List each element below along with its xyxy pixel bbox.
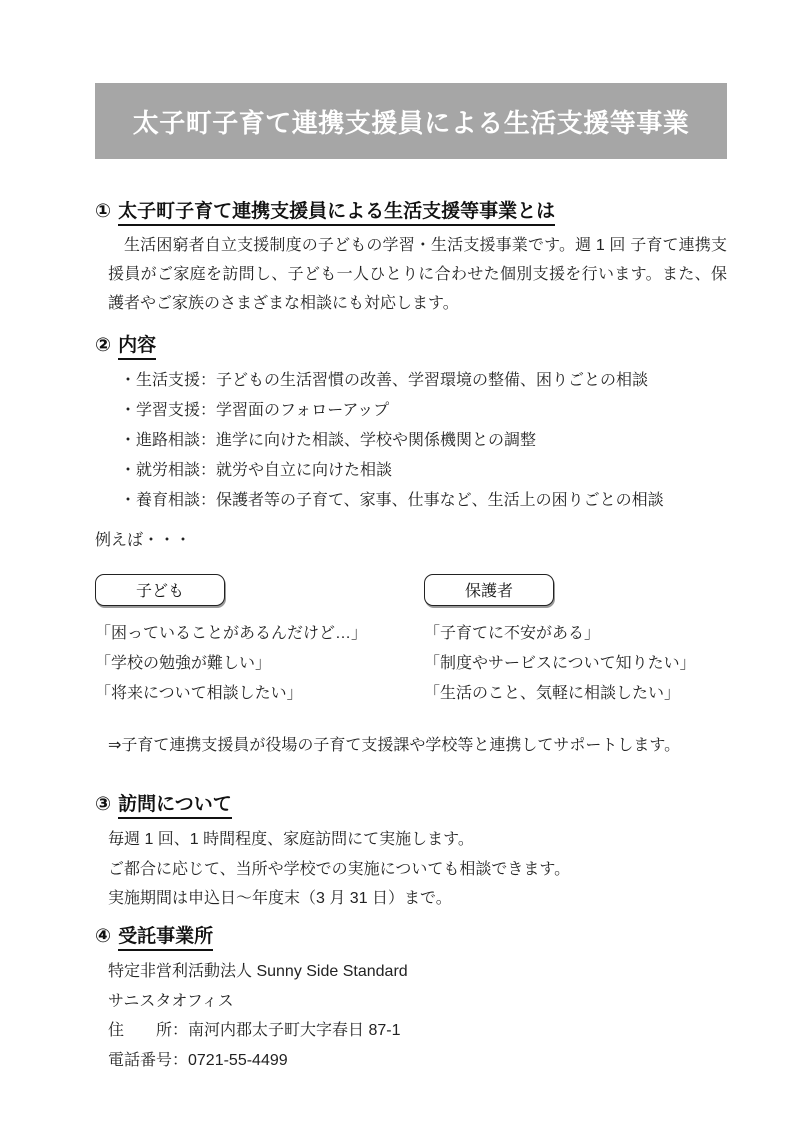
quote-line: 「困っていることがあるんだけど…」 [95,619,424,649]
section-3-title: 訪問について [118,794,232,819]
child-label-box: 子ども [95,574,225,606]
content-item-list: ・生活支援：子どもの生活習慣の改善、学習環境の整備、困りごとの相談 ・学習支援：… [95,366,727,516]
child-column: 子ども 「困っていることがあるんだけど…」 「学校の勉強が難しい」 「将来につい… [95,574,424,709]
example-columns: 子ども 「困っていることがあるんだけど…」 「学校の勉強が難しい」 「将来につい… [95,574,727,709]
example-conclusion: ⇒子育て連携支援員が役場の子育て支援課や学校等と連携してサポートします。 [95,732,727,755]
parent-label-box: 保護者 [424,574,554,606]
document-page: 太子町子育て連携支援員による生活支援等事業 ①太子町子育て連携支援員による生活支… [0,0,794,1123]
list-item: ・生活支援：子どもの生活習慣の改善、学習環境の整備、困りごとの相談 [120,366,727,396]
phone-line: 電話番号：0721-55-4499 [108,1046,727,1076]
list-item: ・養育相談：保護者等の子育て、家事、仕事など、生活上の困りごとの相談 [120,486,727,516]
child-label: 子ども [136,583,184,600]
section-4: ④受託事業所 特定非営利活動法人 Sunny Side Standard サニス… [95,921,727,1075]
quote-line: 「将来について相談したい」 [95,679,424,709]
section-1-title: 太子町子育て連携支援員による生活支援等事業とは [118,201,555,226]
section-2: ②内容 ・生活支援：子どもの生活習慣の改善、学習環境の整備、困りごとの相談 ・学… [95,330,727,516]
body-line: 実施期間は申込日～年度末（3 月 31 日）まで。 [108,884,727,914]
section-2-number: ② [95,335,111,356]
section-4-body: 特定非営利活動法人 Sunny Side Standard サニスタオフィス 住… [95,957,727,1075]
section-2-title: 内容 [118,335,156,360]
body-line: ご都合に応じて、当所や学校での実施についても相談できます。 [108,855,727,885]
child-quotes: 「困っていることがあるんだけど…」 「学校の勉強が難しい」 「将来について相談し… [95,619,424,709]
section-3-body: 毎週 1 回、1 時間程度、家庭訪問にて実施します。 ご都合に応じて、当所や学校… [95,825,727,914]
quote-line: 「生活のこと、気軽に相談したい」 [424,679,727,709]
section-1-number: ① [95,201,111,222]
address-line: 住 所：南河内郡太子町大字春日 87-1 [108,1016,727,1046]
parent-label: 保護者 [465,583,513,600]
parent-column: 保護者 「子育てに不安がある」 「制度やサービスについて知りたい」 「生活のこと… [424,574,727,709]
section-3-heading: ③訪問について [95,789,727,816]
list-item: ・進路相談：進学に向けた相談、学校や関係機関との調整 [120,426,727,456]
parent-quotes: 「子育てに不安がある」 「制度やサービスについて知りたい」 「生活のこと、気軽に… [424,619,727,709]
section-4-heading: ④受託事業所 [95,921,727,948]
document-title: 太子町子育て連携支援員による生活支援等事業 [133,103,690,140]
section-1-heading: ①太子町子育て連携支援員による生活支援等事業とは [95,196,727,223]
title-banner: 太子町子育て連携支援員による生活支援等事業 [95,83,727,159]
list-item: ・学習支援：学習面のフォローアップ [120,396,727,426]
quote-line: 「子育てに不安がある」 [424,619,727,649]
section-4-number: ④ [95,926,111,947]
section-1-body: 生活困窮者自立支援制度の子どもの学習・生活支援事業です。週 1 回 子育て連携支… [95,231,727,318]
quote-line: 「学校の勉強が難しい」 [95,649,424,679]
body-line: 毎週 1 回、1 時間程度、家庭訪問にて実施します。 [108,825,727,855]
office-name: サニスタオフィス [108,987,727,1017]
section-3: ③訪問について 毎週 1 回、1 時間程度、家庭訪問にて実施します。 ご都合に応… [95,789,727,914]
example-intro: 例えば・・・ [95,527,727,550]
section-1: ①太子町子育て連携支援員による生活支援等事業とは 生活困窮者自立支援制度の子ども… [95,196,727,318]
section-3-number: ③ [95,794,111,815]
example-section: 例えば・・・ 子ども 「困っていることがあるんだけど…」 「学校の勉強が難しい」… [95,527,727,755]
quote-line: 「制度やサービスについて知りたい」 [424,649,727,679]
list-item: ・就労相談：就労や自立に向けた相談 [120,456,727,486]
section-2-heading: ②内容 [95,330,727,357]
organization-name: 特定非営利活動法人 Sunny Side Standard [108,957,727,987]
section-4-title: 受託事業所 [118,926,213,951]
